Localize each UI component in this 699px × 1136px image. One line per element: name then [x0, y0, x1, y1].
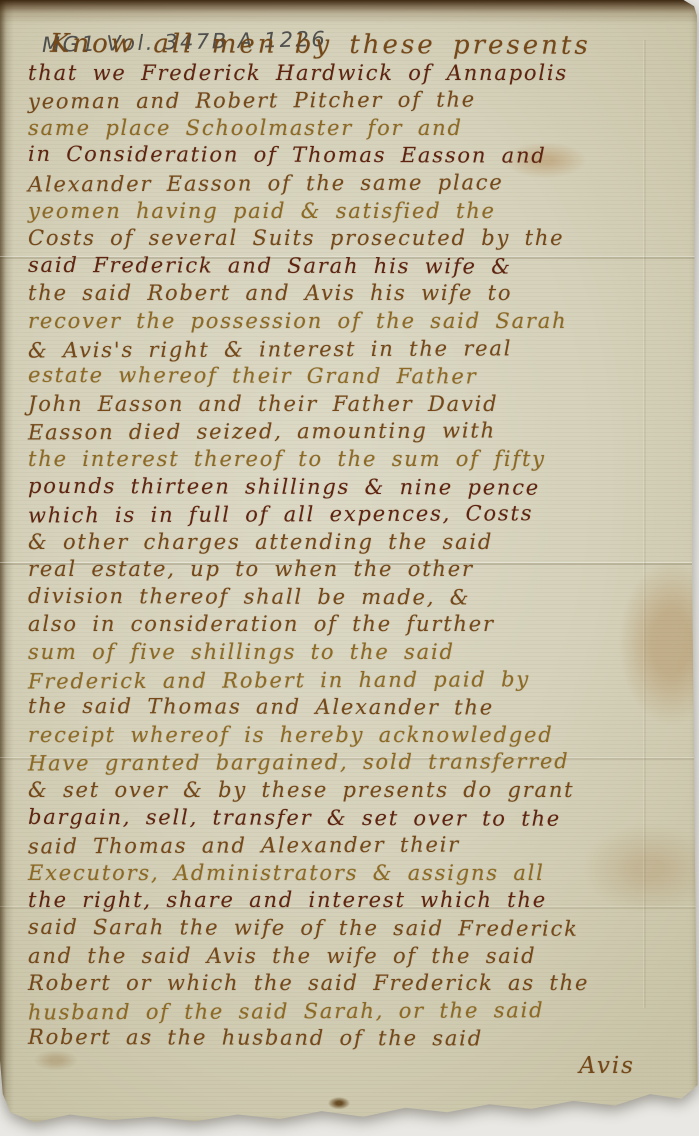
- handwritten-line: Executors, Administrators & assigns all: [28, 860, 687, 888]
- handwritten-line: Costs of several Suits prosecuted by the: [28, 225, 687, 253]
- handwritten-line: the said Robert and Avis his wife to: [28, 280, 687, 308]
- handwritten-line: said Frederick and Sarah his wife &: [28, 252, 687, 282]
- handwritten-line: John Easson and their Father David: [28, 391, 687, 419]
- handwritten-line: and the said Avis the wife of the said: [28, 943, 687, 971]
- handwritten-line: division thereof shall be made, &: [28, 583, 687, 613]
- paper-shadow-wrap: MG1 Vol. 347B A 1226 Know all men by the…: [0, 0, 699, 1128]
- handwritten-line: receipt whereof is hereby acknowledged: [28, 722, 687, 750]
- handwritten-line: said Thomas and Alexander their: [28, 831, 687, 861]
- handwritten-line: Frederick and Robert in hand paid by: [28, 665, 687, 695]
- handwritten-line: Robert or which the said Frederick as th…: [28, 970, 687, 998]
- handwritten-line: recover the possession of the said Sarah: [28, 308, 687, 336]
- paper-left-edge-stain: [0, 0, 14, 1128]
- handwritten-line: & Avis's right & interest in the real: [28, 334, 687, 364]
- handwritten-line: yeoman and Robert Pitcher of the: [28, 86, 687, 116]
- handwritten-line: bargain, sell, transfer & set over to th…: [28, 803, 687, 833]
- handwritten-line: pounds thirteen shillings & nine pence: [28, 472, 687, 502]
- handwritten-line: which is in full of all expences, Costs: [28, 500, 687, 530]
- handwritten-text-block: Know all men by these presentsthat we Fr…: [28, 32, 687, 1081]
- handwritten-line: sum of five shillings to the said: [28, 639, 687, 667]
- handwritten-line: Robert as the husband of the said: [28, 1024, 687, 1054]
- handwritten-line: real estate, up to when the other: [28, 556, 687, 584]
- handwritten-line: estate whereof their Grand Father: [28, 362, 687, 392]
- handwritten-line: also in consideration of the further: [28, 611, 687, 639]
- handwritten-line: & set over & by these presents do grant: [28, 777, 687, 805]
- paper-sheet: MG1 Vol. 347B A 1226 Know all men by the…: [0, 0, 699, 1128]
- handwritten-line: the interest thereof to the sum of fifty: [28, 446, 687, 474]
- handwritten-line: yeomen having paid & satisfied the: [28, 198, 687, 226]
- handwritten-line: Easson died seized, amounting with: [28, 417, 687, 447]
- handwritten-line: the said Thomas and Alexander the: [28, 693, 687, 723]
- handwritten-line: Alexander Easson of the same place: [28, 169, 687, 199]
- handwritten-line: in Consideration of Thomas Easson and: [28, 141, 687, 171]
- handwritten-line: Know all men by these presents: [28, 31, 687, 61]
- handwritten-line: Have granted bargained, sold transferred: [28, 748, 687, 778]
- handwritten-line: that we Frederick Hardwick of Annapolis: [28, 60, 687, 88]
- handwritten-line: same place Schoolmaster for and: [28, 115, 687, 143]
- paper-top-edge-stain: [0, 0, 699, 26]
- handwritten-line: said Sarah the wife of the said Frederic…: [28, 914, 687, 944]
- catchword: Avis: [28, 1053, 687, 1081]
- handwritten-line: & other charges attending the said: [28, 529, 687, 557]
- handwritten-line: the right, share and interest which the: [28, 887, 687, 915]
- handwritten-line: husband of the said Sarah, or the said: [28, 996, 687, 1026]
- scanned-document: MG1 Vol. 347B A 1226 Know all men by the…: [0, 0, 699, 1136]
